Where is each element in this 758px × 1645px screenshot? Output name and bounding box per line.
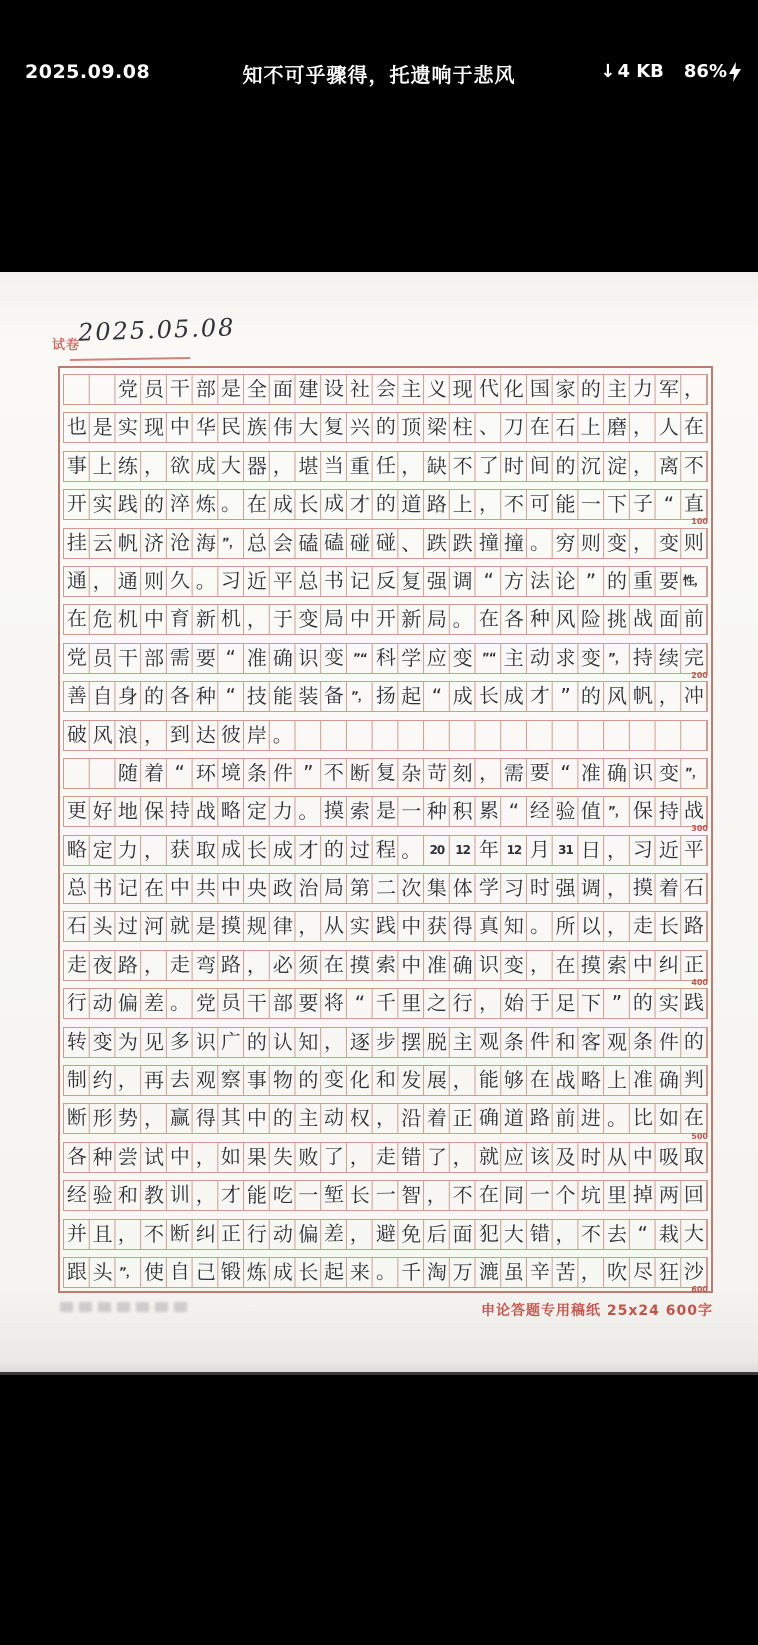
grid-cell: 着 <box>655 874 681 903</box>
grid-cell <box>604 721 630 750</box>
grid-cell: 大 <box>501 1219 527 1248</box>
grid-cell: 论 <box>553 567 579 596</box>
grid-cell: 总 <box>295 567 321 596</box>
grid-cell: 。 <box>604 1104 630 1133</box>
grid-cell: 定 <box>244 797 270 826</box>
grid-cell: 在 <box>475 1180 501 1209</box>
grid-cell: 磕 <box>295 529 321 558</box>
char-count-marker: 100 <box>691 518 708 526</box>
grid-row: 在危机中育新机，于变局中开新局。在各种风险挑战面前 <box>63 604 708 635</box>
grid-cell: 一 <box>527 1180 553 1209</box>
grid-cell: 是 <box>372 797 398 826</box>
grid-cell: ”， <box>604 644 630 673</box>
grid-cell: 完 <box>681 643 707 672</box>
grid-cell: 条 <box>630 1027 656 1056</box>
grid-cell: 比 <box>630 1104 656 1133</box>
grid-cell: 着 <box>141 759 167 788</box>
grid-cell: 部 <box>192 375 218 404</box>
grid-cell: 岸 <box>244 721 270 750</box>
grid-cell: 必 <box>269 951 295 980</box>
grid-cell: 记 <box>115 874 141 903</box>
grid-cell: 大 <box>295 413 321 442</box>
grid-cell: 一 <box>398 797 424 826</box>
grid-cell: 跟 <box>64 1257 90 1286</box>
grid-cell: 。 <box>398 836 424 865</box>
grid-cell: 时 <box>527 873 553 902</box>
grid-cell: 中 <box>398 951 424 980</box>
grid-cell: 路 <box>218 950 244 979</box>
grid-cell: 在 <box>141 874 167 903</box>
grid-cell <box>90 759 116 788</box>
grid-cell: 夜 <box>90 951 116 980</box>
grid-cell: 集 <box>424 874 450 903</box>
grid-cell: 成 <box>269 1258 295 1287</box>
grid-cell: ， <box>321 1027 347 1056</box>
grid-cell: 设 <box>321 374 347 403</box>
grid-cell: 长 <box>244 836 270 865</box>
grid-cell: 会 <box>372 374 398 403</box>
grid-cell: 和 <box>372 1065 398 1094</box>
grid-cell: “ <box>501 797 527 826</box>
grid-cell: 干 <box>244 989 270 1018</box>
grid-cell: 实 <box>655 989 681 1018</box>
grid-cell: 变 <box>501 951 527 980</box>
grid-cell: 前 <box>681 605 707 634</box>
grid-cell: 头 <box>90 912 116 941</box>
grid-cell: 次 <box>398 874 424 903</box>
grid-cell <box>372 720 398 749</box>
grid-cell: 尽 <box>630 1257 656 1286</box>
grid-cell: 件 <box>527 1027 553 1056</box>
grid-cell: 回 <box>681 1180 707 1209</box>
grid-cell: 实 <box>90 490 116 519</box>
grid-cell: 智 <box>398 1181 424 1210</box>
grid-cell: 经 <box>64 1180 90 1209</box>
grid-cell: ， <box>398 452 424 481</box>
grid-cell: 来 <box>347 1258 373 1287</box>
grid-cell: 在 <box>64 605 90 634</box>
grid-cell: “ <box>347 989 373 1018</box>
grid-row: 制约，再去观察事物的变化和发展，能够在战略上准确判 <box>63 1065 708 1096</box>
grid-cell: 去 <box>604 1220 630 1249</box>
grid-cell: 再 <box>141 1066 167 1095</box>
grid-cell: 社 <box>347 375 373 404</box>
grid-cell: 其 <box>218 1104 244 1133</box>
grid-cell: 扬 <box>372 681 398 710</box>
grid-cell <box>90 375 116 404</box>
grid-cell: 程 <box>372 835 398 864</box>
grid-cell: 规 <box>244 912 270 941</box>
grid-cell: 书 <box>321 566 347 595</box>
grid-cell: 近 <box>655 835 681 864</box>
grid-cell: 前 <box>553 1104 579 1133</box>
grid-cell: 磨 <box>604 413 630 442</box>
grid-cell: 是 <box>90 413 116 442</box>
grid-cell: ， <box>141 836 167 865</box>
grid-cell: 干 <box>167 374 193 403</box>
grid-cell: 一 <box>578 490 604 519</box>
grid-cell: 且 <box>90 1220 116 1249</box>
grid-cell: 政 <box>269 874 295 903</box>
grid-cell: 才 <box>218 1180 244 1209</box>
grid-cell: 律 <box>269 912 295 941</box>
grid-cell: ”“ <box>475 643 501 672</box>
grid-cell <box>681 720 707 749</box>
grid-cell: 沿 <box>398 1104 424 1133</box>
grid-cell: 子 <box>630 489 656 518</box>
grid-cell: 路 <box>527 1104 553 1133</box>
grid-cell: 彼 <box>218 720 244 749</box>
grid-cell: 正 <box>218 1219 244 1248</box>
grid-cell: 为 <box>115 1027 141 1056</box>
grid-cell: 力 <box>630 374 656 403</box>
grid-cell: 能 <box>244 1181 270 1210</box>
grid-cell: 要 <box>192 644 218 673</box>
network-speed: ↓ 4 KB <box>600 61 664 82</box>
grid-cell: 成 <box>269 835 295 864</box>
grid-cell: ” <box>295 759 321 788</box>
grid-cell: 变 <box>90 1028 116 1057</box>
grid-cell <box>553 721 579 750</box>
grid-cell: 局 <box>321 873 347 902</box>
grid-cell: 国 <box>527 374 553 403</box>
grid-cell: 广 <box>218 1027 244 1056</box>
grid-cell: 求 <box>553 644 579 673</box>
grid-cell: 成 <box>321 489 347 518</box>
grid-cell: 事 <box>64 451 90 480</box>
grid-cell: 习 <box>501 874 527 903</box>
grid-cell: 20 <box>424 835 450 864</box>
grid-cell: 。 <box>269 720 295 749</box>
grid-cell: 避 <box>372 1219 398 1248</box>
grid-cell: 够 <box>501 1066 527 1095</box>
grid-cell: 书 <box>90 874 116 903</box>
grid-cell: 索 <box>604 951 630 980</box>
grid-cell: 差 <box>321 1219 347 1248</box>
grid-cell: 会 <box>269 528 295 557</box>
grid-cell: 的 <box>372 413 398 442</box>
grid-cell: 机 <box>218 605 244 634</box>
grid-cell: 的 <box>141 682 167 711</box>
grid-cell: 调 <box>578 874 604 903</box>
grid-cell: 败 <box>295 1143 321 1172</box>
grid-cell: ， <box>630 413 656 442</box>
grid-cell: 族 <box>244 413 270 442</box>
grid-cell <box>424 720 450 749</box>
grid-cell: 。 <box>527 912 553 941</box>
grid-cell <box>630 720 656 749</box>
grid-cell: ， <box>475 989 501 1018</box>
grid-cell: 长 <box>655 912 681 941</box>
grid-cell: 发 <box>398 1066 424 1095</box>
grid-cell: 动 <box>321 1104 347 1133</box>
grid-cell: 方 <box>501 567 527 596</box>
grid-cell: 变 <box>604 529 630 558</box>
grid-cell: 12 <box>450 836 476 865</box>
grid-cell: 新 <box>398 605 424 634</box>
grid-cell: 须 <box>295 951 321 980</box>
grid-row: 党员干部需要“准确识变”“科学应变”“主动求变”，持续完 <box>63 643 708 674</box>
grid-cell: ， <box>115 1066 141 1095</box>
grid-cell: 成 <box>218 835 244 864</box>
grid-cell: 锻 <box>218 1257 244 1286</box>
grid-cell: 客 <box>578 1027 604 1056</box>
grid-cell: 变 <box>578 644 604 673</box>
grid-cell: 可 <box>527 489 553 518</box>
grid-cell: 复 <box>372 758 398 787</box>
grid-cell: 不 <box>141 1220 167 1249</box>
grid-cell: 所 <box>553 912 579 941</box>
grid-cell: 总 <box>64 873 90 902</box>
grid-cell: 将 <box>321 989 347 1018</box>
grid-cell: 累 <box>475 797 501 826</box>
grid-cell: 不 <box>578 1219 604 1248</box>
faint-print-artifact <box>60 1302 192 1312</box>
grid-cell: 犯 <box>475 1219 501 1248</box>
grid-cell <box>64 758 90 787</box>
grid-cell: 试 <box>141 1143 167 1172</box>
grid-cell: 中 <box>244 1104 270 1133</box>
grid-cell: 机 <box>115 605 141 634</box>
grid-row: 善自身的各种“技能装备”，扬起“成长成才”的风帆，冲 <box>63 681 708 712</box>
grid-cell: 动 <box>90 989 116 1018</box>
grid-cell: 走 <box>630 912 656 941</box>
grid-cell: “ <box>630 1219 656 1248</box>
handwritten-date: 2025.05.08 <box>78 313 236 346</box>
grid-cell: 党 <box>115 375 141 404</box>
grid-cell: 练 <box>115 452 141 481</box>
grid-cell: 坑 <box>578 1181 604 1210</box>
grid-row: 经验和教训，才能吃一堑长一智，不在同一个坑里掉两回 <box>63 1180 708 1211</box>
grid-cell: 实 <box>115 413 141 442</box>
grid-cell: ， <box>630 528 656 557</box>
grid-cell: 装 <box>295 682 321 711</box>
grid-cell: 也 <box>64 413 90 442</box>
grid-cell: 种 <box>192 682 218 711</box>
download-arrow-icon: ↓ <box>600 61 615 82</box>
grid-cell: 一 <box>295 1181 321 1210</box>
grid-cell: 后 <box>424 1219 450 1248</box>
grid-cell: 断 <box>64 1104 90 1133</box>
grid-cell: 在 <box>527 1065 553 1094</box>
grid-cell: 获 <box>167 835 193 864</box>
grid-cell: 验 <box>553 797 579 826</box>
grid-cell: 不 <box>321 758 347 787</box>
grid-cell: 应 <box>501 1143 527 1172</box>
grid-cell: 央 <box>244 874 270 903</box>
grid-cell: 在 <box>527 413 553 442</box>
grid-cell: 中 <box>218 873 244 902</box>
grid-cell: 面 <box>269 375 295 404</box>
grid-cell: ” <box>553 682 579 711</box>
network-speed-value: 4 KB <box>617 61 663 82</box>
grid-cell: 行 <box>450 989 476 1018</box>
grid-cell: 走 <box>64 950 90 979</box>
char-count-marker: 600 <box>691 1286 708 1294</box>
grid-cell: 掉 <box>630 1180 656 1209</box>
grid-cell: 淬 <box>167 489 193 518</box>
grid-cell: 平 <box>269 567 295 596</box>
grid-row: 挂云帆济沧海”，总会磕磕碰碰、跌跌撞撞。穷则变，变则 <box>63 528 708 559</box>
grid-cell: 辛 <box>527 1257 553 1286</box>
grid-cell: 战 <box>630 605 656 634</box>
grid-cell: 了 <box>321 1142 347 1171</box>
grid-cell: 真 <box>475 912 501 941</box>
grid-cell <box>578 720 604 749</box>
grid-cell: 千 <box>398 1258 424 1287</box>
grid-cell: 里 <box>398 989 424 1018</box>
grid-cell: 复 <box>321 413 347 442</box>
grid-cell: 石 <box>64 912 90 941</box>
grid-cell: 开 <box>64 489 90 518</box>
grid-cell: 环 <box>192 759 218 788</box>
grid-cell: 制 <box>64 1065 90 1094</box>
grid-cell <box>347 720 373 749</box>
grid-cell: 的 <box>244 1028 270 1057</box>
grid-cell: 的 <box>269 1104 295 1133</box>
grid-cell: 从 <box>321 912 347 941</box>
grid-cell: 经 <box>527 797 553 826</box>
grid-cell: 堑 <box>321 1180 347 1209</box>
grid-cell: 续 <box>655 644 681 673</box>
grid-cell: 学 <box>398 644 424 673</box>
grid-cell: 建 <box>295 375 321 404</box>
grid-cell: 值 <box>578 797 604 826</box>
grid-cell: 判 <box>681 1065 707 1094</box>
grid-cell: 跌 <box>450 529 476 558</box>
grid-cell: 两 <box>655 1181 681 1210</box>
grid-cell: 不 <box>501 490 527 519</box>
grid-cell: 着 <box>424 1104 450 1133</box>
grid-cell: 果 <box>244 1143 270 1172</box>
grid-cell: 现 <box>450 375 476 404</box>
grid-cell: 人 <box>655 413 681 442</box>
grid-cell: 吃 <box>269 1181 295 1210</box>
grid-cell: 中 <box>630 950 656 979</box>
grid-cell: ， <box>527 950 553 979</box>
grid-cell: 于 <box>527 989 553 1018</box>
paper-footer-label: 申论答题专用稿纸 25x24 600字 <box>481 1300 713 1320</box>
grid-cell: 31 <box>553 836 579 865</box>
grid-cell: 并 <box>64 1219 90 1248</box>
grid-cell: 始 <box>501 989 527 1018</box>
grid-cell: “ <box>553 759 579 788</box>
grid-cell: 自 <box>90 682 116 711</box>
grid-cell: 杂 <box>398 759 424 788</box>
grid-cell: 大 <box>218 451 244 480</box>
grid-cell: 进 <box>578 1104 604 1133</box>
phone-screen: 2025.09.08 知不可乎骤得，托遗响于悲风 ↓ 4 KB 86% 试卷 2… <box>0 0 758 1645</box>
grid-cell: 动 <box>269 1219 295 1248</box>
grid-cell: ， <box>141 1104 167 1133</box>
grid-cell: 帆 <box>115 528 141 557</box>
grid-cell: 局 <box>321 605 347 634</box>
grid-cell: 道 <box>398 490 424 519</box>
grid-cell: ， <box>141 951 167 980</box>
grid-cell: 才 <box>347 490 373 519</box>
grid-cell: 柱 <box>450 413 476 442</box>
grid-cell: 中 <box>167 1142 193 1171</box>
grid-cell: 记 <box>347 567 373 596</box>
grid-cell: 的 <box>630 989 656 1018</box>
char-count-marker: 400 <box>691 979 708 987</box>
grid-cell: ， <box>450 1143 476 1172</box>
grid-cell: 员 <box>218 989 244 1018</box>
grid-cell: 破 <box>64 720 90 749</box>
grid-row: 破风浪，到达彼岸。 <box>63 720 708 751</box>
grid-cell: 面 <box>655 605 681 634</box>
grid-cell: 强 <box>553 874 579 903</box>
grid-cell: 走 <box>372 1142 398 1171</box>
grid-cell: 准 <box>244 644 270 673</box>
grid-cell: ， <box>269 452 295 481</box>
grid-cell: 伟 <box>269 413 295 442</box>
grid-cell: 观 <box>604 1028 630 1057</box>
grid-cell: 石 <box>681 873 707 902</box>
grid-cell: 多 <box>167 1027 193 1056</box>
grid-cell: 各 <box>64 1142 90 1171</box>
grid-cell: ， <box>192 1143 218 1172</box>
grid-cell: 主 <box>295 1104 321 1133</box>
grid-cell: 确 <box>604 759 630 788</box>
grid-cell: 持 <box>167 797 193 826</box>
grid-cell: 的 <box>321 835 347 864</box>
grid-cell: 善 <box>64 681 90 710</box>
grid-cell: 第 <box>347 874 373 903</box>
grid-cell: 狂 <box>655 1258 681 1287</box>
grid-cell: 则 <box>141 567 167 596</box>
grid-cell: 缺 <box>424 452 450 481</box>
grid-cell: 长 <box>347 1181 373 1210</box>
grid-cell: 形 <box>90 1104 116 1133</box>
grid-cell: 从 <box>604 1143 630 1172</box>
grid-cell: 身 <box>115 682 141 711</box>
grid-cell: 撞 <box>501 528 527 557</box>
grid-cell: 的 <box>578 375 604 404</box>
grid-cell: 风 <box>90 721 116 750</box>
grid-cell: 免 <box>398 1220 424 1249</box>
grid-cell: 各 <box>167 681 193 710</box>
answer-grid: 党员干部是全面建设社会主义现代化国家的主力军，也是实现中华民族伟大复兴的顶梁柱、… <box>58 366 713 1293</box>
grid-cell: 路 <box>681 912 707 941</box>
grid-cell: 个 <box>553 1181 579 1210</box>
grid-cell: 才 <box>295 836 321 865</box>
grid-cell: 头 <box>90 1258 116 1287</box>
grid-cell: 知 <box>295 1028 321 1057</box>
grid-cell: 观 <box>475 1027 501 1056</box>
grid-cell: 科 <box>372 643 398 672</box>
grid-cell: 摸 <box>347 951 373 980</box>
grid-cell: ， <box>295 912 321 941</box>
grid-cell: 虽 <box>501 1258 527 1287</box>
grid-cell: 识 <box>192 1027 218 1056</box>
grid-cell: 己 <box>192 1258 218 1287</box>
grid-cell: ， <box>347 1143 373 1172</box>
grid-cell: 炼 <box>244 1258 270 1287</box>
grid-cell: 化 <box>347 1066 373 1095</box>
grid-row: 断形势，赢得其中的主动权，沿着正确道路前进。比如在 <box>63 1103 708 1134</box>
grid-cell: ， <box>604 836 630 865</box>
grid-cell: 代 <box>475 374 501 403</box>
grid-cell: 践 <box>372 912 398 941</box>
grid-cell: 漉 <box>475 1257 501 1286</box>
char-count-marker: 200 <box>691 672 708 680</box>
grid-cell: 的 <box>681 1027 707 1056</box>
grid-cell: ， <box>630 451 656 480</box>
essay-paper-photo: 试卷 2025.05.08 党员干部是全面建设社会主义现代化国家的主力军，也是实… <box>0 272 758 1372</box>
grid-cell: 刻 <box>450 759 476 788</box>
date-underline <box>70 357 190 361</box>
